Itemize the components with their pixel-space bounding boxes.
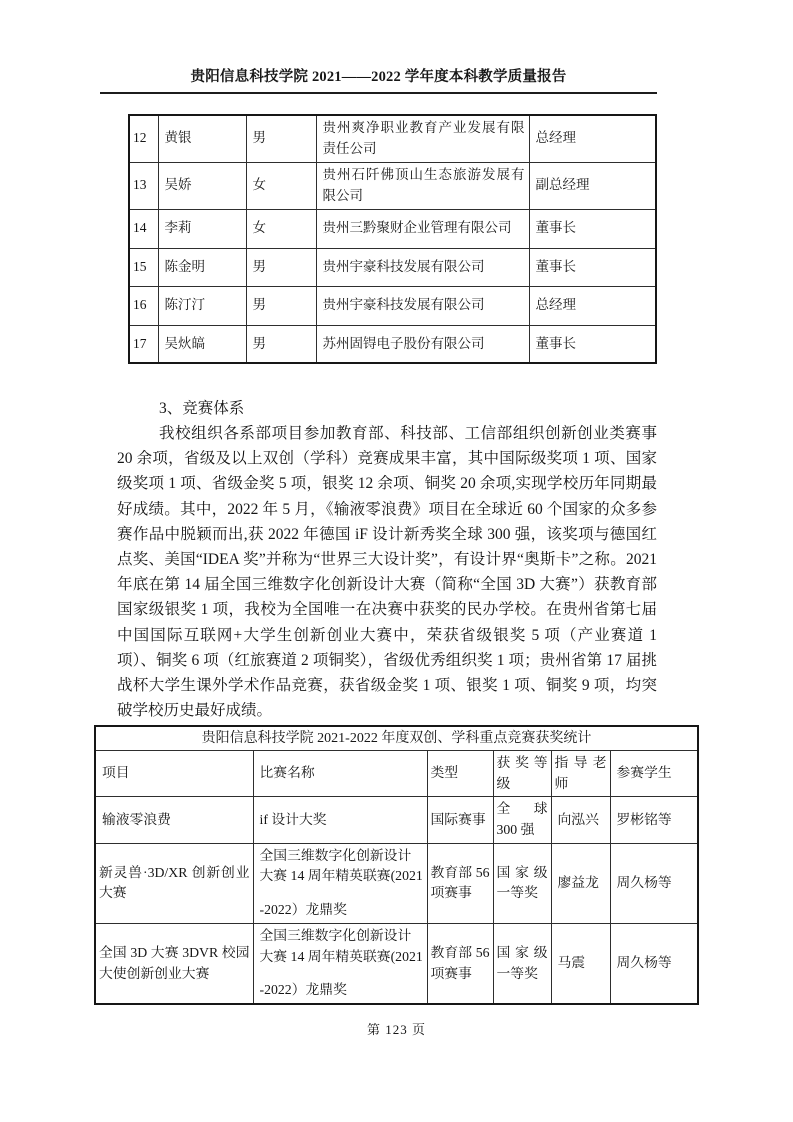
cell-position: 副总经理 <box>529 162 656 209</box>
cell-award: 全球 300 强 <box>493 797 551 843</box>
awards-table-title: 贵阳信息科技学院 2021-2022 年度双创、学科重点竞赛获奖统计 <box>95 726 698 751</box>
table-row: 13 吴娇 女 贵州石阡佛顶山生态旅游发展有限公司 副总经理 <box>129 162 656 209</box>
cell-name: 吴炏皜 <box>158 325 246 363</box>
awards-table: 贵阳信息科技学院 2021-2022 年度双创、学科重点竞赛获奖统计 项目 比赛… <box>94 725 699 1005</box>
col-header-type: 类型 <box>427 751 493 797</box>
header-rule <box>100 92 657 94</box>
col-header-teacher: 指导老师 <box>551 751 610 797</box>
cell-award: 国家级一等奖 <box>493 843 551 923</box>
cell-type: 教育部 56 项赛事 <box>427 923 493 1004</box>
table-row: 16 陈汀汀 男 贵州宇豪科技发展有限公司 总经理 <box>129 286 656 325</box>
col-header-project: 项目 <box>95 751 253 797</box>
cell-company: 贵州宇豪科技发展有限公司 <box>316 248 529 286</box>
cell-gender: 女 <box>246 209 316 248</box>
cell-students: 周久杨等 <box>610 843 698 923</box>
cell-company: 贵州三黔聚财企业管理有限公司 <box>316 209 529 248</box>
cell-position: 总经理 <box>529 286 656 325</box>
cell-position: 董事长 <box>529 325 656 363</box>
cell-no: 17 <box>129 325 158 363</box>
cell-students: 周久杨等 <box>610 923 698 1004</box>
competition-line1: 全国三维数字化创新设计大赛 14 周年精英联赛(2021 <box>260 846 425 887</box>
cell-position: 董事长 <box>529 248 656 286</box>
cell-award: 国家级一等奖 <box>493 923 551 1004</box>
competition-line2: -2022）龙鼎奖 <box>260 980 425 1001</box>
cell-students: 罗彬铭等 <box>610 797 698 843</box>
board-members-table: 12 黄银 男 贵州爽净职业教育产业发展有限责任公司 总经理 13 吴娇 女 贵… <box>128 114 657 364</box>
cell-no: 14 <box>129 209 158 248</box>
cell-type: 教育部 56 项赛事 <box>427 843 493 923</box>
cell-no: 16 <box>129 286 158 325</box>
cell-gender: 男 <box>246 286 316 325</box>
cell-project: 新灵兽·3D/XR 创新创业大赛 <box>95 843 253 923</box>
report-header-title: 贵阳信息科技学院 2021——2022 学年度本科教学质量报告 <box>100 65 657 86</box>
table-row: 17 吴炏皜 男 苏州固锝电子股份有限公司 董事长 <box>129 325 656 363</box>
cell-competition: 全国三维数字化创新设计大赛 14 周年精英联赛(2021 -2022）龙鼎奖 <box>253 843 427 923</box>
table-header-row: 项目 比赛名称 类型 获奖等级 指导老师 参赛学生 <box>95 751 698 797</box>
cell-name: 黄银 <box>158 115 246 162</box>
cell-gender: 男 <box>246 325 316 363</box>
cell-company: 贵州石阡佛顶山生态旅游发展有限公司 <box>316 162 529 209</box>
table-row: 15 陈金明 男 贵州宇豪科技发展有限公司 董事长 <box>129 248 656 286</box>
cell-position: 总经理 <box>529 115 656 162</box>
competition-line2: -2022）龙鼎奖 <box>260 900 425 921</box>
cell-company: 贵州爽净职业教育产业发展有限责任公司 <box>316 115 529 162</box>
cell-position: 董事长 <box>529 209 656 248</box>
cell-no: 13 <box>129 162 158 209</box>
table-row: 全国 3D 大赛 3DVR 校园大使创新创业大赛 全国三维数字化创新设计大赛 1… <box>95 923 698 1004</box>
cell-name: 吴娇 <box>158 162 246 209</box>
cell-name: 李莉 <box>158 209 246 248</box>
table-row: 12 黄银 男 贵州爽净职业教育产业发展有限责任公司 总经理 <box>129 115 656 162</box>
table-row: 新灵兽·3D/XR 创新创业大赛 全国三维数字化创新设计大赛 14 周年精英联赛… <box>95 843 698 923</box>
awards-table-title-row: 贵阳信息科技学院 2021-2022 年度双创、学科重点竞赛获奖统计 <box>95 726 698 751</box>
section-heading: 3、竞赛体系 <box>117 396 657 418</box>
section-paragraph: 我校组织各系部项目参加教育部、科技部、工信部组织创新创业类赛事 20 余项，省级… <box>117 421 657 723</box>
cell-teacher: 廖益龙 <box>551 843 610 923</box>
cell-project: 全国 3D 大赛 3DVR 校园大使创新创业大赛 <box>95 923 253 1004</box>
cell-no: 15 <box>129 248 158 286</box>
col-header-award: 获奖等级 <box>493 751 551 797</box>
cell-company: 贵州宇豪科技发展有限公司 <box>316 286 529 325</box>
competition-line1: 全国三维数字化创新设计大赛 14 周年精英联赛(2021 <box>260 926 425 967</box>
cell-name: 陈金明 <box>158 248 246 286</box>
cell-company: 苏州固锝电子股份有限公司 <box>316 325 529 363</box>
cell-project: 输液零浪费 <box>95 797 253 843</box>
cell-name: 陈汀汀 <box>158 286 246 325</box>
table-row: 输液零浪费 if 设计大奖 国际赛事 全球 300 强 向泓兴 罗彬铭等 <box>95 797 698 843</box>
cell-competition: 全国三维数字化创新设计大赛 14 周年精英联赛(2021 -2022）龙鼎奖 <box>253 923 427 1004</box>
cell-no: 12 <box>129 115 158 162</box>
cell-gender: 男 <box>246 248 316 286</box>
document-page: 贵阳信息科技学院 2021——2022 学年度本科教学质量报告 12 黄银 男 … <box>0 0 793 1122</box>
cell-type: 国际赛事 <box>427 797 493 843</box>
cell-teacher: 向泓兴 <box>551 797 610 843</box>
cell-competition: if 设计大奖 <box>253 797 427 843</box>
cell-gender: 女 <box>246 162 316 209</box>
cell-gender: 男 <box>246 115 316 162</box>
page-number: 第 123 页 <box>0 1019 793 1038</box>
table-row: 14 李莉 女 贵州三黔聚财企业管理有限公司 董事长 <box>129 209 656 248</box>
col-header-competition: 比赛名称 <box>253 751 427 797</box>
col-header-students: 参赛学生 <box>610 751 698 797</box>
cell-teacher: 马震 <box>551 923 610 1004</box>
